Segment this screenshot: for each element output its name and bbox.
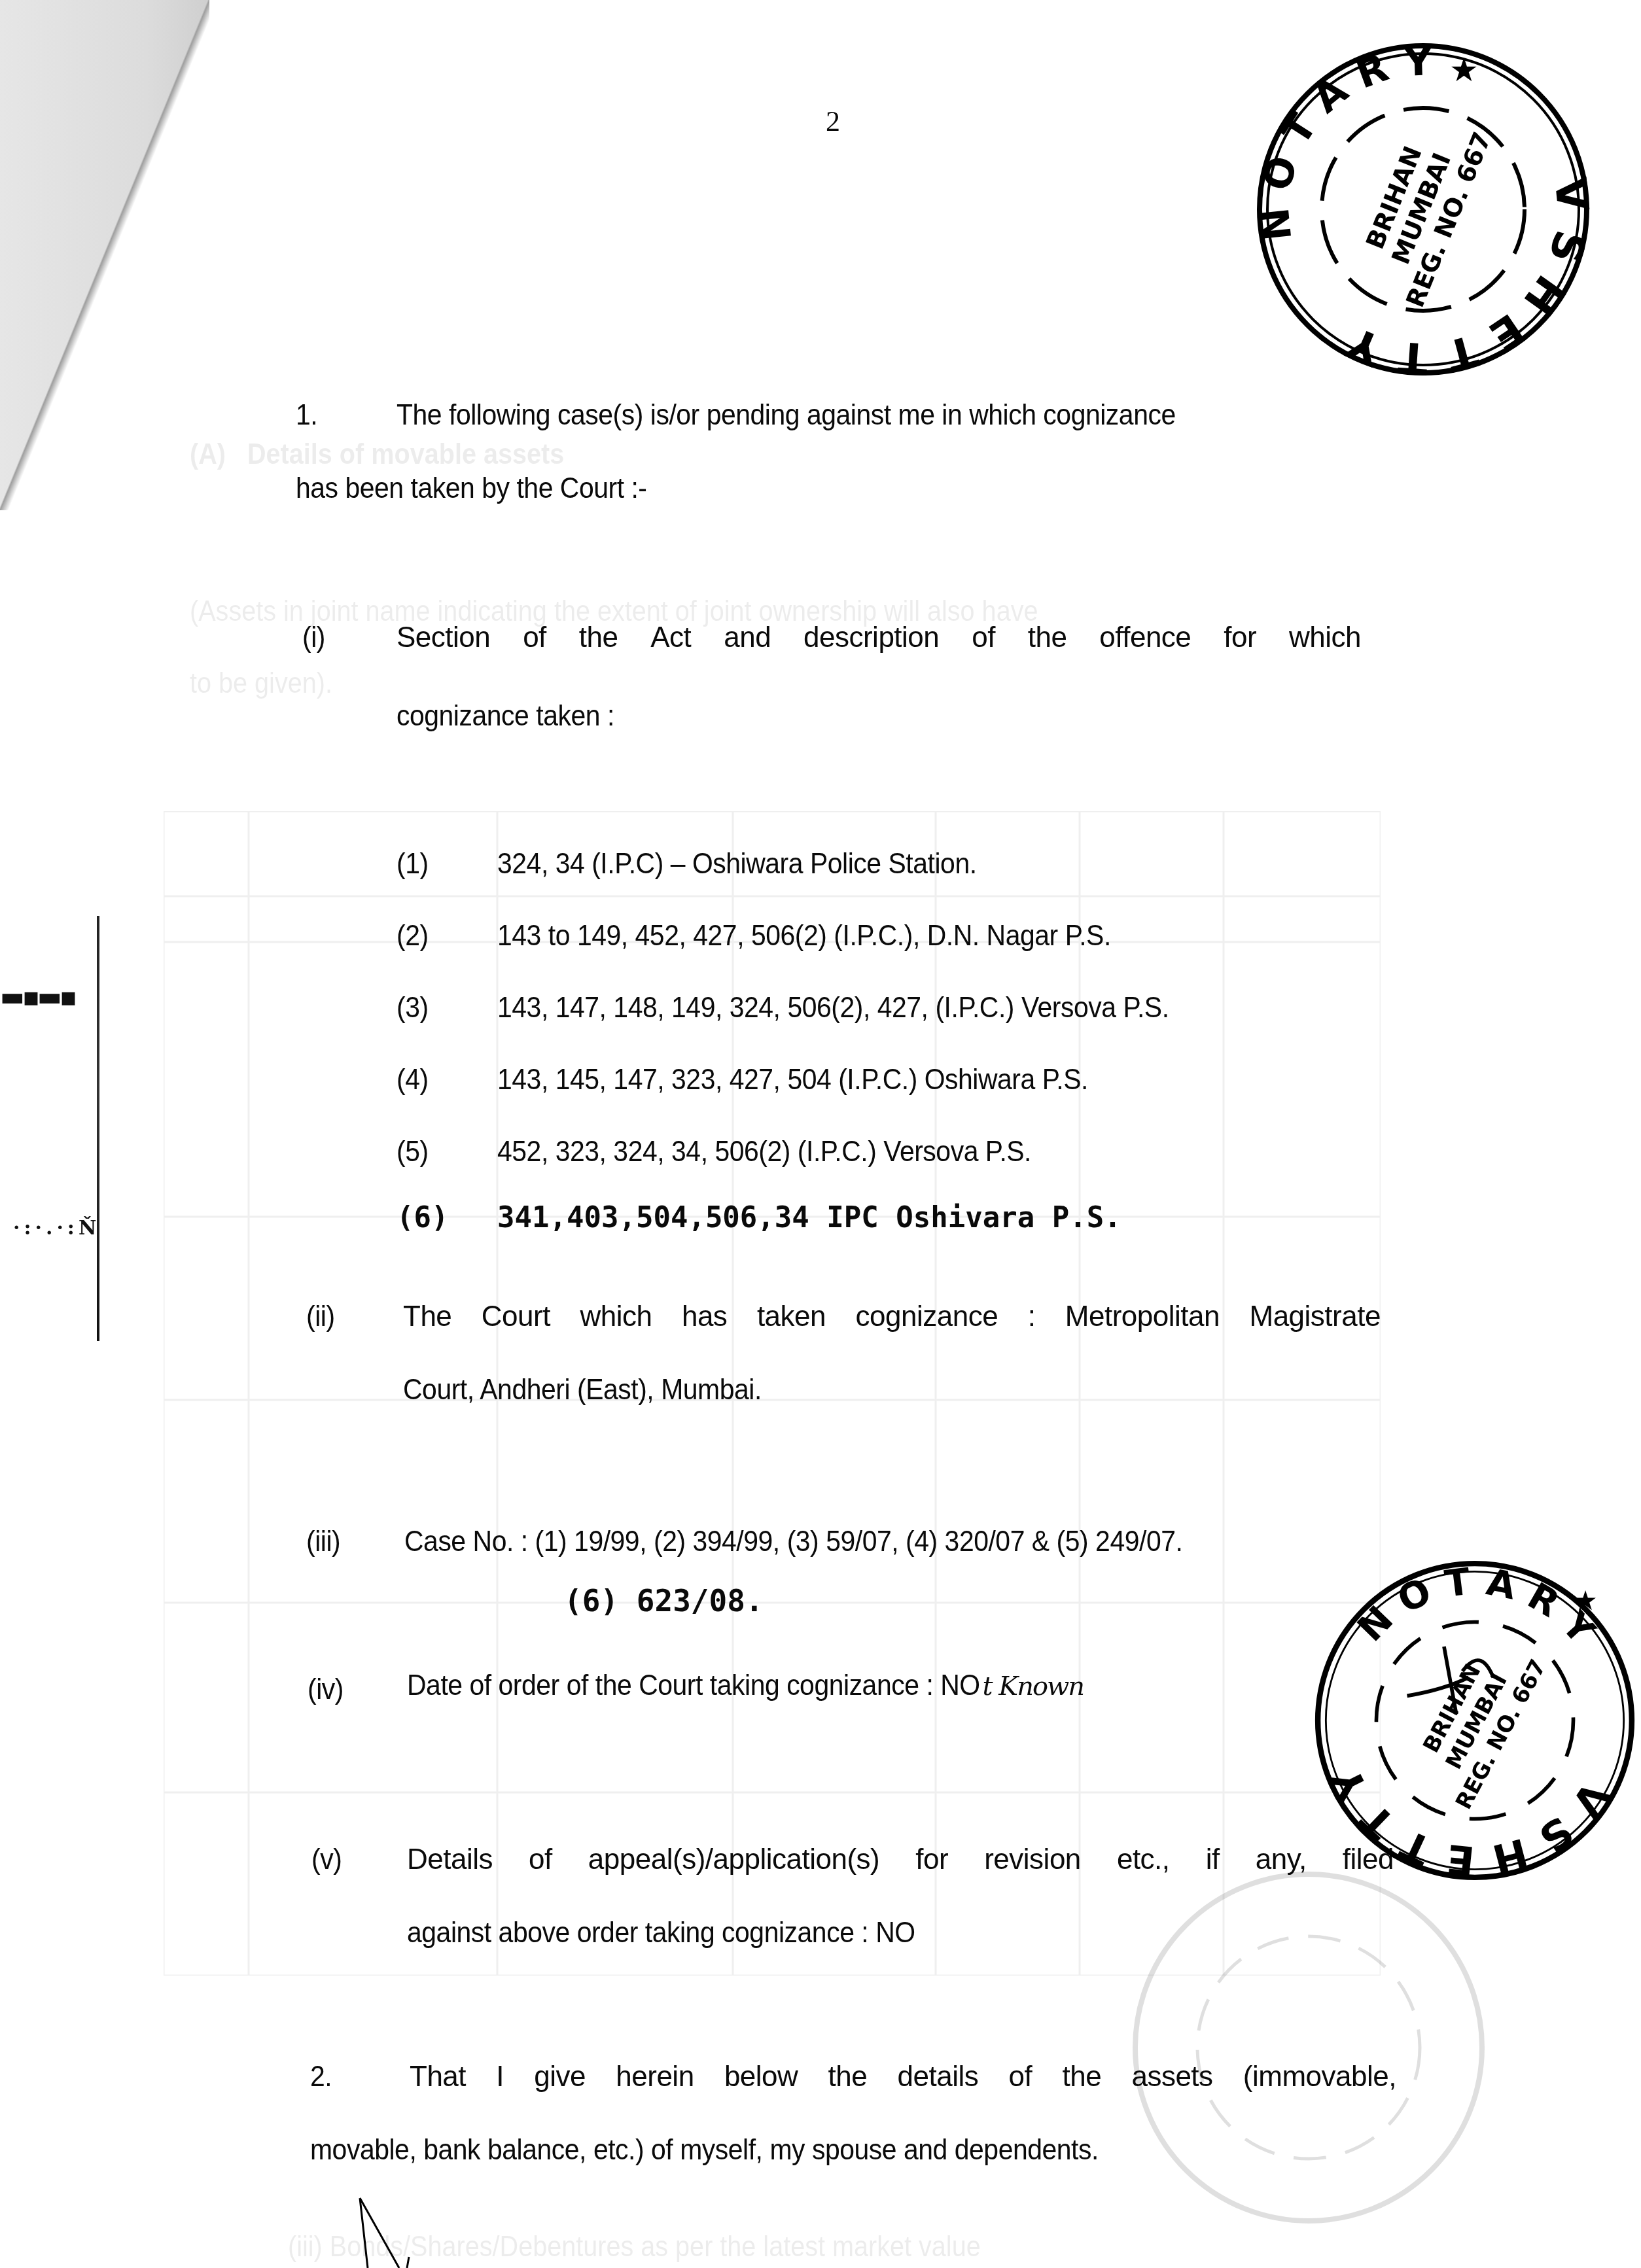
ghost-stamp — [1125, 1864, 1492, 2234]
ghost-seal-icon — [1125, 1864, 1492, 2231]
offence-text: 143, 147, 148, 149, 324, 506(2), 427, (I… — [497, 992, 1169, 1024]
fold-crease — [0, 0, 209, 510]
word: which — [1289, 621, 1361, 654]
word: That — [410, 2061, 466, 2093]
show-through-table — [164, 811, 1381, 1976]
scan-artifact-line — [97, 916, 99, 1341]
item-iv-label: (iv) — [308, 1673, 344, 1706]
offence-text: 341,403,504,506,34 IPC Oshivara P.S. — [497, 1201, 1121, 1234]
svg-text:★: ★ — [1449, 51, 1479, 89]
offence-number: (5) — [397, 1136, 429, 1168]
item-iii-case-6: (6) 623/08. — [564, 1583, 764, 1618]
show-through-heading: (A) Details of movable assets — [190, 438, 564, 471]
word: and — [724, 621, 771, 654]
page-number: 2 — [826, 105, 840, 138]
item-i-line-2: cognizance taken : — [397, 700, 614, 733]
item-v-line-2: against above order taking cognizance : … — [407, 1917, 915, 1949]
word: revision — [984, 1843, 1081, 1876]
offence-number: (1) — [397, 848, 429, 881]
word: details — [898, 2061, 979, 2093]
show-through-title: Details of movable assets — [247, 438, 564, 470]
word: Metropolitan — [1065, 1300, 1220, 1333]
scan-smudge: ·:·.·:Ň — [13, 1217, 100, 1240]
word: taken — [757, 1300, 826, 1333]
item-iv-line: Date of order of the Court taking cogniz… — [407, 1669, 1084, 1702]
word: The — [403, 1300, 451, 1333]
section-2-number: 2. — [310, 2061, 332, 2093]
show-through-letter: (A) — [190, 438, 226, 470]
word: of — [523, 621, 546, 654]
section-1-number: 1. — [296, 399, 317, 432]
word: Act — [650, 621, 691, 654]
word: cognizance — [856, 1300, 998, 1333]
offence-text: 324, 34 (I.P.C) – Oshiwara Police Statio… — [497, 848, 977, 881]
word: : — [1028, 1300, 1036, 1333]
word: description — [803, 621, 939, 654]
offence-number: (3) — [397, 992, 429, 1024]
svg-text:★: ★ — [1574, 1585, 1598, 1616]
item-i-line-1: SectionoftheActanddescriptionoftheoffenc… — [397, 621, 1361, 654]
item-ii-label: (ii) — [306, 1300, 335, 1333]
word: of — [972, 621, 995, 654]
item-v-label: (v) — [311, 1843, 342, 1876]
word: of — [529, 1843, 552, 1876]
notary-seal-icon: V S H E T T Y N O T A R Y ★ BRIHAN MUMBA… — [1253, 39, 1593, 379]
word: Section — [397, 621, 490, 654]
word: offence — [1099, 621, 1191, 654]
word: appeal(s)/application(s) — [588, 1843, 879, 1876]
word: below — [724, 2061, 798, 2093]
word: for — [1224, 621, 1256, 654]
word: for — [915, 1843, 948, 1876]
word: of — [1009, 2061, 1032, 2093]
item-i-label: (i) — [302, 621, 325, 654]
word: Details — [407, 1843, 493, 1876]
word: herein — [616, 2061, 694, 2093]
scan-smudge: ▬▪▬▪ — [0, 981, 75, 1012]
notary-seal-icon: V S H E T T Y N O T A R Y ★ BRIHAN MUMBA… — [1309, 1544, 1641, 1897]
word: has — [682, 1300, 727, 1333]
show-through-note-2: to be given). — [190, 667, 332, 700]
notary-stamp: V S H E T T Y N O T A R Y ★ BRIHAN MUMBA… — [1309, 1544, 1641, 1897]
offence-text: 452, 323, 324, 34, 506(2) (I.P.C.) Verso… — [497, 1136, 1031, 1168]
word: the — [1028, 621, 1067, 654]
word: give — [534, 2061, 586, 2093]
handwritten-not-known: t Known — [983, 1671, 1084, 1701]
item-ii-line-1: TheCourtwhichhastakencognizance:Metropol… — [403, 1300, 1381, 1333]
item-iii-label: (iii) — [306, 1526, 340, 1558]
word: which — [580, 1300, 652, 1333]
word: Magistrate — [1250, 1300, 1381, 1333]
offence-text: 143 to 149, 452, 427, 506(2) (I.P.C.), D… — [497, 920, 1111, 952]
section-1-line-2: has been taken by the Court :- — [296, 472, 647, 505]
word: the — [579, 621, 618, 654]
offence-number: (4) — [397, 1064, 429, 1096]
word: the — [1062, 2061, 1101, 2093]
section-1-line-1: The following case(s) is/or pending agai… — [397, 399, 1176, 432]
word: the — [828, 2061, 868, 2093]
item-iv-text: Date of order of the Court taking cogniz… — [407, 1669, 980, 1702]
word: Court — [482, 1300, 550, 1333]
offence-text: 143, 145, 147, 323, 427, 504 (I.P.C.) Os… — [497, 1064, 1088, 1096]
item-ii-line-2: Court, Andheri (East), Mumbai. — [403, 1374, 762, 1406]
signature-stroke — [353, 2191, 484, 2268]
item-iii-case-numbers: Case No. : (1) 19/99, (2) 394/99, (3) 59… — [404, 1526, 1182, 1558]
offence-number: (2) — [397, 920, 429, 952]
offence-number: (6) — [397, 1201, 448, 1234]
section-2-line-2: movable, bank balance, etc.) of myself, … — [310, 2134, 1099, 2167]
word: I — [496, 2061, 504, 2093]
notary-stamp: V S H E T T Y N O T A R Y ★ BRIHAN MUMBA… — [1253, 39, 1593, 379]
